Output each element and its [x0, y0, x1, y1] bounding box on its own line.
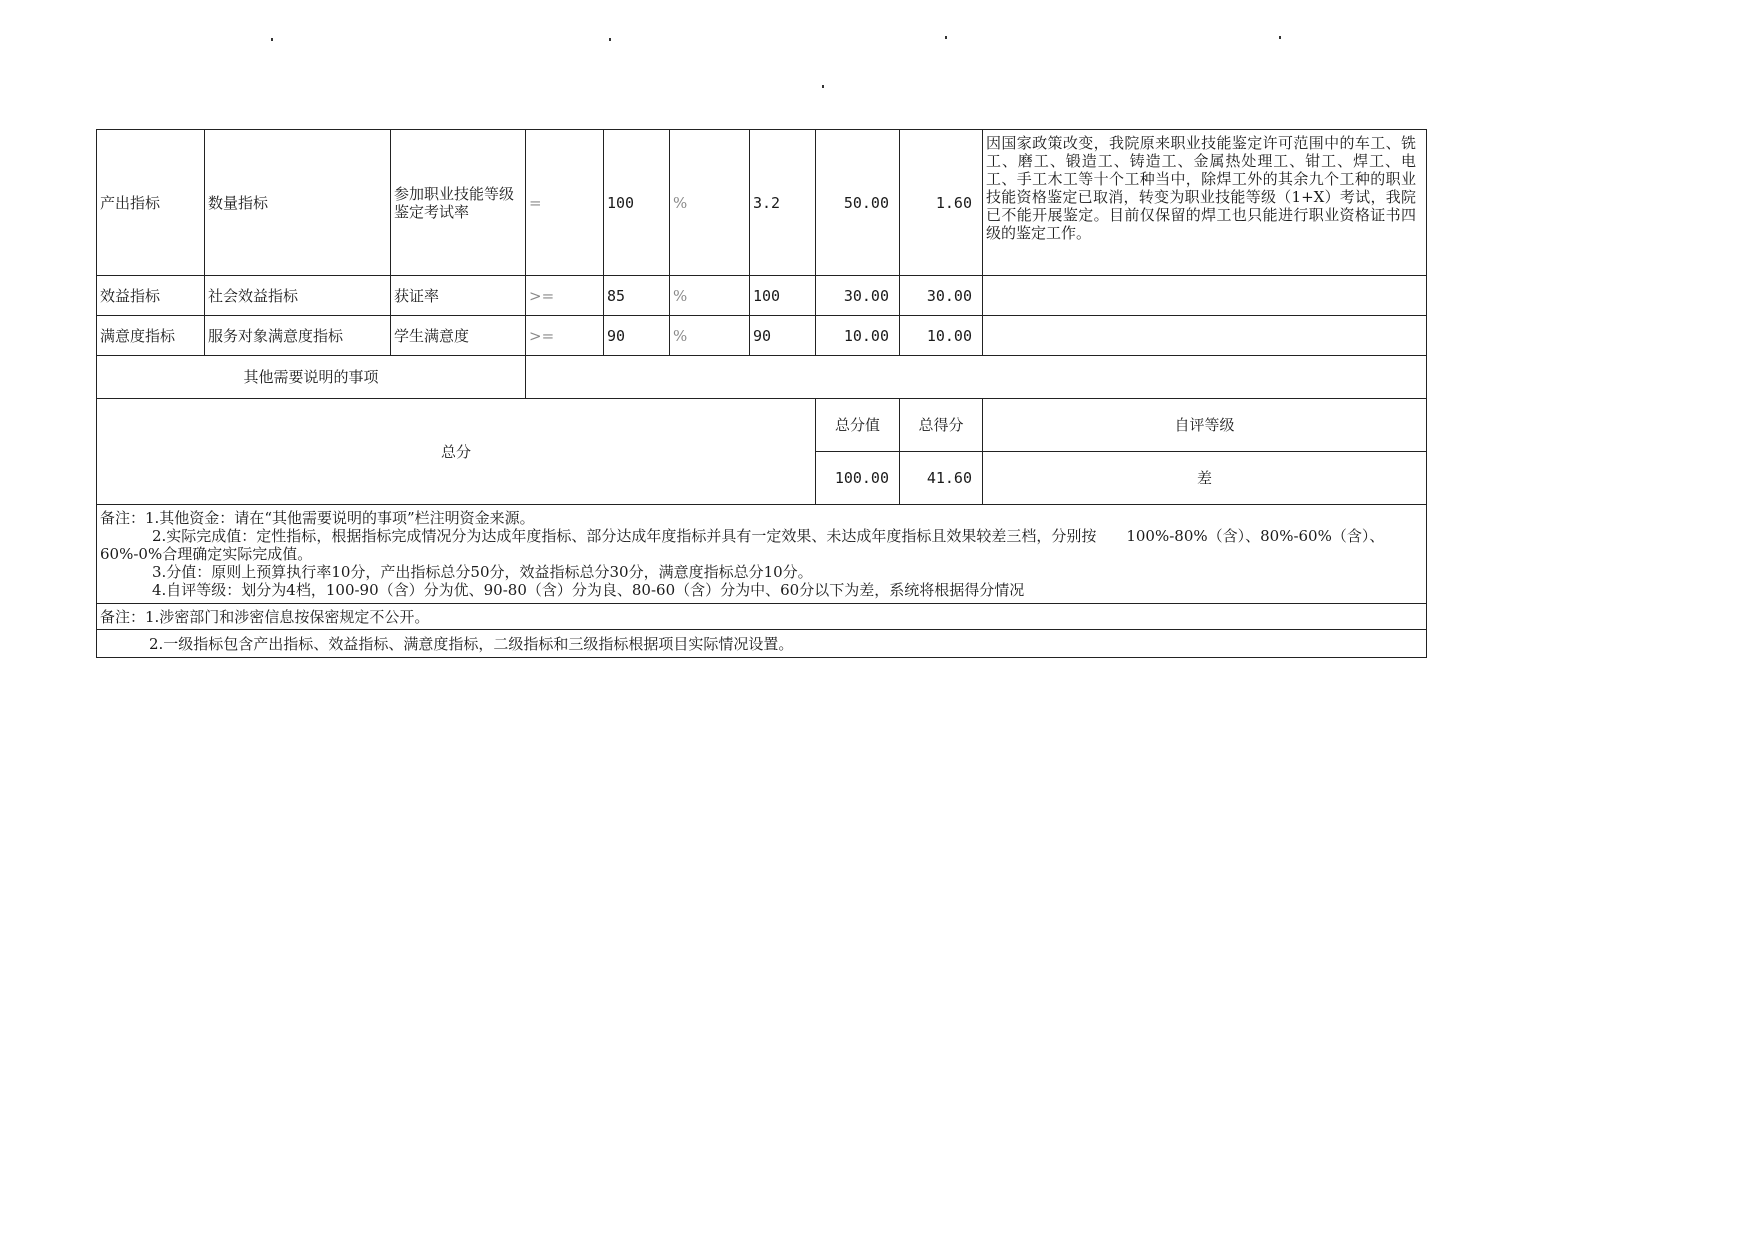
total-header-row: 总分 总分值 总得分 自评等级: [97, 399, 1427, 452]
weight: 10.00: [816, 316, 900, 356]
level1-indicator: 产出指标: [97, 130, 205, 276]
remarks-row: 备注：1.涉密部门和涉密信息按保密规定不公开。: [97, 604, 1427, 630]
deviation-reason: [983, 316, 1427, 356]
unit: %: [670, 276, 750, 316]
total-score-label: 总得分: [900, 399, 983, 452]
scan-mark: [609, 38, 611, 41]
table-row: 满意度指标 服务对象满意度指标 学生满意度 >= 90 % 90 10.00 1…: [97, 316, 1427, 356]
level2-indicator: 社会效益指标: [205, 276, 391, 316]
operator: >=: [526, 276, 604, 316]
actual-value: 100: [750, 276, 816, 316]
actual-value: 3.2: [750, 130, 816, 276]
remark-line: 2.一级指标包含产出指标、效益指标、满意度指标，二级指标和三级指标根据项目实际情…: [97, 630, 1427, 658]
scan-mark: [945, 36, 947, 39]
notes-row: 备注：1.其他资金：请在“其他需要说明的事项”栏注明资金来源。 2.实际完成值：…: [97, 505, 1427, 604]
score: 1.60: [900, 130, 983, 276]
target-value: 85: [604, 276, 670, 316]
other-matters-value: [526, 356, 1427, 399]
weight: 30.00: [816, 276, 900, 316]
score: 30.00: [900, 276, 983, 316]
notes: 备注：1.其他资金：请在“其他需要说明的事项”栏注明资金来源。 2.实际完成值：…: [97, 505, 1427, 604]
operator: >=: [526, 316, 604, 356]
level3-indicator: 参加职业技能等级鉴定考试率: [391, 130, 526, 276]
level1-indicator: 效益指标: [97, 276, 205, 316]
performance-table: 产出指标 数量指标 参加职业技能等级鉴定考试率 = 100 % 3.2 50.0…: [96, 129, 1427, 658]
scan-mark: [1279, 36, 1281, 39]
target-value: 90: [604, 316, 670, 356]
other-matters-row: 其他需要说明的事项: [97, 356, 1427, 399]
note-line: 备注：1.其他资金：请在“其他需要说明的事项”栏注明资金来源。: [100, 509, 1423, 527]
unit: %: [670, 130, 750, 276]
total-value: 100.00: [816, 452, 900, 505]
deviation-reason: [983, 276, 1427, 316]
level2-indicator: 服务对象满意度指标: [205, 316, 391, 356]
remark-line: 备注：1.涉密部门和涉密信息按保密规定不公开。: [97, 604, 1427, 630]
level3-indicator: 学生满意度: [391, 316, 526, 356]
note-line: 60%-0%合理确定实际完成值。: [100, 545, 1423, 563]
total-value-label: 总分值: [816, 399, 900, 452]
actual-value: 90: [750, 316, 816, 356]
total-score: 41.60: [900, 452, 983, 505]
table-row: 产出指标 数量指标 参加职业技能等级鉴定考试率 = 100 % 3.2 50.0…: [97, 130, 1427, 276]
note-line: 4.自评等级：划分为4档，100-90（含）分为优、90-80（含）分为良、80…: [100, 581, 1423, 599]
level3-indicator: 获证率: [391, 276, 526, 316]
total-label: 总分: [97, 399, 816, 505]
level2-indicator: 数量指标: [205, 130, 391, 276]
note-line: 2.实际完成值：定性指标，根据指标完成情况分为达成年度指标、部分达成年度指标并具…: [100, 527, 1423, 545]
deviation-reason: 因国家政策改变，我院原来职业技能鉴定许可范围中的车工、铣工、磨工、锻造工、铸造工…: [983, 130, 1427, 276]
other-matters-label: 其他需要说明的事项: [97, 356, 526, 399]
scan-mark: [271, 38, 273, 41]
weight: 50.00: [816, 130, 900, 276]
table-row: 效益指标 社会效益指标 获证率 >= 85 % 100 30.00 30.00: [97, 276, 1427, 316]
note-line: 3.分值：原则上预算执行率10分，产出指标总分50分，效益指标总分30分，满意度…: [100, 563, 1423, 581]
score: 10.00: [900, 316, 983, 356]
scan-mark: [822, 85, 824, 88]
self-evaluation-grade: 差: [983, 452, 1427, 505]
remarks-row: 2.一级指标包含产出指标、效益指标、满意度指标，二级指标和三级指标根据项目实际情…: [97, 630, 1427, 658]
operator: =: [526, 130, 604, 276]
grade-label: 自评等级: [983, 399, 1427, 452]
unit: %: [670, 316, 750, 356]
target-value: 100: [604, 130, 670, 276]
level1-indicator: 满意度指标: [97, 316, 205, 356]
